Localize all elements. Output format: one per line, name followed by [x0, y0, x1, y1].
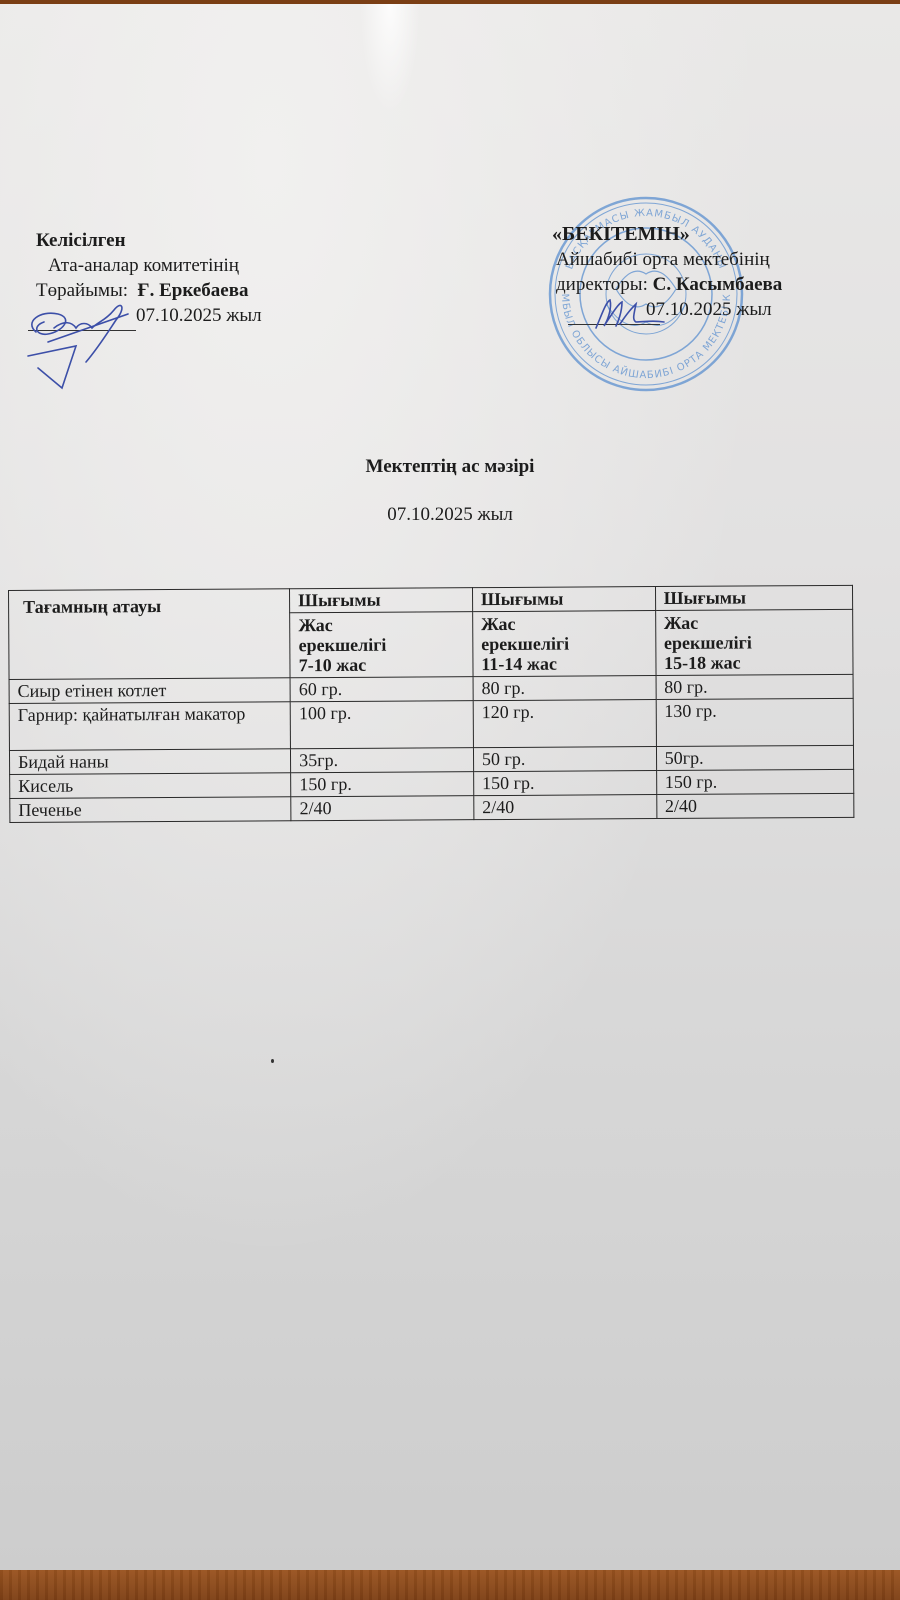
portion-value: 120 гр.	[473, 700, 656, 748]
approve-school: Айшабибі орта мектебінің	[552, 247, 782, 272]
agreed-position-label: Төрайымы:	[36, 280, 128, 301]
header-yield: Шығымы	[655, 585, 853, 610]
agreed-committee: Ата-аналар комитетінің	[36, 253, 262, 278]
dish-name: Печенье	[10, 797, 291, 823]
agreed-block: Келісілген Ата-аналар комитетінің Төрайы…	[36, 228, 262, 328]
portion-value: 130 гр.	[656, 698, 854, 746]
approve-title: «БЕКІТЕМІН»	[552, 222, 782, 247]
menu-table: Тағамның атауы Шығымы Шығымы Шығымы Жас …	[8, 585, 854, 823]
approve-director-line: директоры: С. Касымбаева	[552, 272, 782, 297]
table-row: Печенье 2/40 2/40 2/40	[10, 793, 854, 822]
paper-crease	[360, 4, 420, 114]
agreed-title: Келісілген	[36, 228, 262, 253]
photo-scene: БАСҚАРМАСЫ ЖАМБЫЛ АУДАНЫ ЖАМБЫЛ ОБЛЫСЫ А…	[0, 0, 900, 1600]
approve-block: «БЕКІТЕМІН» Айшабибі орта мектебінің дир…	[552, 222, 782, 322]
portion-value: 100 гр.	[290, 701, 473, 749]
agreed-signature-line	[28, 330, 136, 331]
portion-value: 2/40	[291, 796, 474, 821]
portion-value: 80 гр.	[656, 674, 854, 699]
dish-name: Бидай наны	[9, 749, 290, 775]
dish-name: Гарнир: қайнатылған макатор	[9, 702, 290, 751]
agreed-name: Ғ. Еркебаева	[138, 280, 249, 301]
header-age-group: Жас ерекшелігі 7-10 жас	[290, 612, 473, 678]
approve-date: 07.10.2025 жыл	[552, 297, 782, 322]
header-yield: Шығымы	[472, 587, 655, 612]
header-dish-name: Тағамның атауы	[9, 589, 291, 680]
portion-value: 50гр.	[656, 745, 854, 770]
portion-value: 50 гр.	[473, 747, 656, 772]
portion-value: 150 гр.	[656, 769, 854, 794]
portion-value: 150 гр.	[291, 772, 474, 797]
wooden-table-surface	[0, 1570, 900, 1600]
header-age-group: Жас ерекшелігі 15-18 жас	[655, 609, 853, 675]
approve-signature-line	[568, 324, 660, 325]
document-page: БАСҚАРМАСЫ ЖАМБЫЛ АУДАНЫ ЖАМБЫЛ ОБЛЫСЫ А…	[0, 4, 900, 1572]
portion-value: 60 гр.	[290, 677, 473, 702]
portion-value: 2/40	[656, 793, 854, 818]
document-title: Мектептің ас мәзірі	[0, 456, 900, 478]
paper-speck	[271, 1059, 274, 1063]
approve-name: С. Касымбаева	[653, 274, 783, 295]
portion-value: 80 гр.	[473, 676, 656, 701]
portion-value: 150 гр.	[474, 771, 657, 796]
document-date: 07.10.2025 жыл	[0, 504, 900, 526]
dish-name: Кисель	[10, 773, 291, 799]
table-row: Гарнир: қайнатылған макатор 100 гр. 120 …	[9, 698, 853, 750]
agreed-chair-line: Төрайымы: Ғ. Еркебаева	[36, 278, 262, 303]
portion-value: 35гр.	[291, 748, 474, 773]
header-age-group: Жас ерекшелігі 11-14 жас	[473, 611, 656, 677]
approve-position-label: директоры:	[556, 274, 648, 295]
agreed-date: 07.10.2025 жыл	[36, 303, 262, 328]
portion-value: 2/40	[474, 795, 657, 820]
dish-name: Сиыр етінен котлет	[9, 678, 290, 704]
header-yield: Шығымы	[290, 588, 473, 613]
